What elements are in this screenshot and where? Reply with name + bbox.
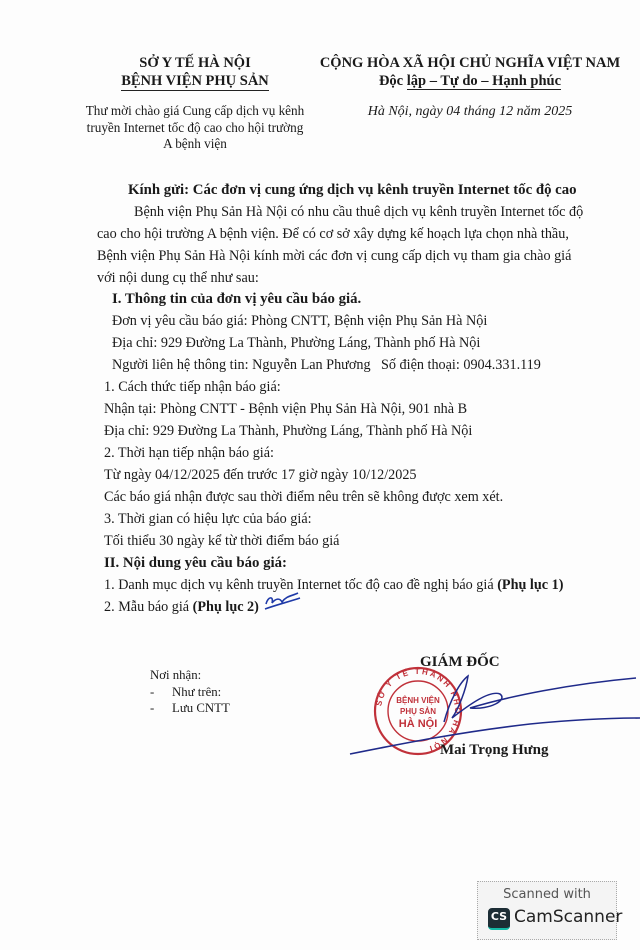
appendix-1-ref: (Phụ lục 1) — [497, 577, 563, 593]
deadline-note: Các báo giá nhận được sau thời điểm nêu … — [104, 487, 503, 509]
section-1-title: I. Thông tin của đơn vị yêu cầu báo giá. — [112, 289, 361, 311]
subject-line: Thư mời chào giá Cung cấp dịch vụ kênh — [70, 103, 320, 120]
receipt-place: Nhận tại: Phòng CNTT - Bệnh viện Phụ Sản… — [104, 399, 467, 421]
appendix-1-item: 1. Danh mục dịch vụ kênh truyền Internet… — [104, 575, 563, 597]
document-date: Hà Nội, ngày 04 tháng 12 năm 2025 — [300, 104, 640, 120]
recipient-item: -Lưu CNTT — [150, 700, 230, 717]
organization-name: BỆNH VIỆN PHỤ SẢN — [121, 72, 269, 91]
recipients-label: Nơi nhận: — [150, 667, 230, 684]
receipt-method-title: 1. Cách thức tiếp nhận báo giá: — [104, 377, 281, 399]
appendix-2-ref: (Phụ lục 2) — [193, 599, 259, 615]
deadline-title: 2. Thời hạn tiếp nhận báo giá: — [104, 443, 274, 465]
intro-line: cao cho hội trường A bệnh viện. Để có cơ… — [97, 224, 569, 246]
camscanner-logo-icon: CS — [488, 908, 510, 930]
deadline-period: Từ ngày 04/12/2025 đến trước 17 giờ ngày… — [104, 465, 417, 487]
subject-line: truyền Internet tốc độ cao cho hội trườn… — [70, 120, 320, 137]
watermark-caption: Scanned with — [478, 887, 616, 902]
contact-person: Người liên hệ thông tin: Nguyễn Lan Phươ… — [112, 355, 371, 377]
national-motto: Độc lập – Tự do – Hạnh phúc — [379, 72, 561, 90]
recipients-block: Nơi nhận: -Như trên: -Lưu CNTT — [150, 667, 230, 717]
contact-phone: Số điện thoại: 0904.331.119 — [381, 355, 541, 377]
document-subject: Thư mời chào giá Cung cấp dịch vụ kênh t… — [70, 103, 320, 153]
issuing-organization: SỞ Y TẾ HÀ NỘI BỆNH VIỆN PHỤ SẢN — [70, 54, 320, 91]
camscanner-watermark: Scanned with CS CamScanner — [477, 881, 617, 940]
validity-value: Tối thiểu 30 ngày kể từ thời điểm báo gi… — [104, 531, 339, 553]
intro-line: với nội dung cụ thể như sau: — [97, 268, 259, 290]
subject-line: A bệnh viện — [70, 136, 320, 153]
parent-organization: SỞ Y TẾ HÀ NỘI — [70, 54, 320, 72]
requesting-address: Địa chỉ: 929 Đường La Thành, Phường Láng… — [112, 333, 480, 355]
validity-title: 3. Thời gian có hiệu lực của báo giá: — [104, 509, 312, 531]
national-header: CỘNG HÒA XÃ HỘI CHỦ NGHĨA VIỆT NAM Độc l… — [300, 54, 640, 90]
intro-line: Bệnh viện Phụ Sản Hà Nội có nhu cầu thuê… — [134, 202, 583, 224]
section-2-title: II. Nội dung yêu cầu báo giá: — [104, 553, 287, 575]
recipient-item: -Như trên: — [150, 684, 230, 701]
receipt-address: Địa chỉ: 929 Đường La Thành, Phường Láng… — [104, 421, 472, 443]
salutation: Kính gửi: Các đơn vị cung ứng dịch vụ kê… — [128, 180, 577, 202]
requesting-unit: Đơn vị yêu cầu báo giá: Phòng CNTT, Bệnh… — [112, 311, 487, 333]
country-name: CỘNG HÒA XÃ HỘI CHỦ NGHĨA VIỆT NAM — [300, 54, 640, 72]
intro-line: Bệnh viện Phụ Sản Hà Nội kính mời các đơ… — [97, 246, 571, 268]
initials-signature-icon — [262, 590, 302, 612]
appendix-2-item: 2. Mẫu báo giá (Phụ lục 2) — [104, 597, 259, 619]
signatory-name: Mai Trọng Hưng — [440, 742, 548, 759]
watermark-brand: CamScanner — [514, 907, 622, 927]
